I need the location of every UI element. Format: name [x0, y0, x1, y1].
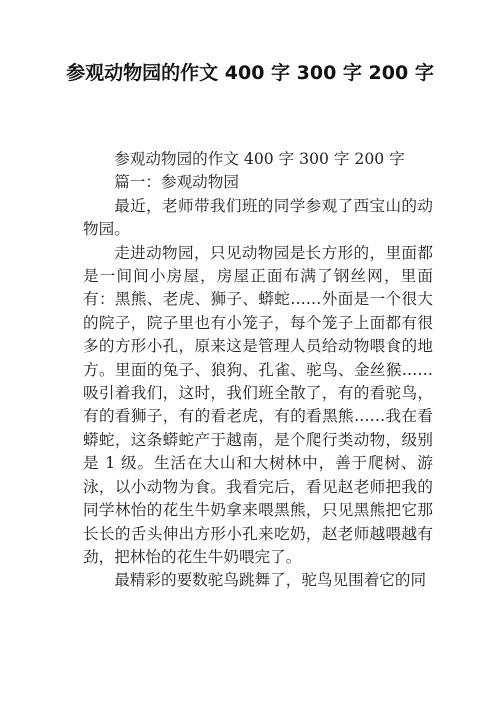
paragraph: 最精彩的要数驼鸟跳舞了，驼鸟见围着它的同	[83, 569, 433, 592]
document-title: 参观动物园的作文 400 字 300 字 200 字	[60, 60, 440, 87]
paragraph-subtitle: 参观动物园的作文 400 字 300 字 200 字	[83, 148, 433, 171]
document-page: 参观动物园的作文 400 字 300 字 200 字 参观动物园的作文 400 …	[0, 0, 500, 707]
paragraph-section-heading: 篇一：参观动物园	[83, 171, 433, 194]
document-body: 参观动物园的作文 400 字 300 字 200 字 篇一：参观动物园 最近，老…	[83, 148, 433, 593]
paragraph: 走进动物园，只见动物园是长方形的，里面都是一间间小房屋，房屋正面布满了钢丝网，里…	[83, 242, 433, 570]
paragraph: 最近，老师带我们班的同学参观了西宝山的动物园。	[83, 195, 433, 242]
